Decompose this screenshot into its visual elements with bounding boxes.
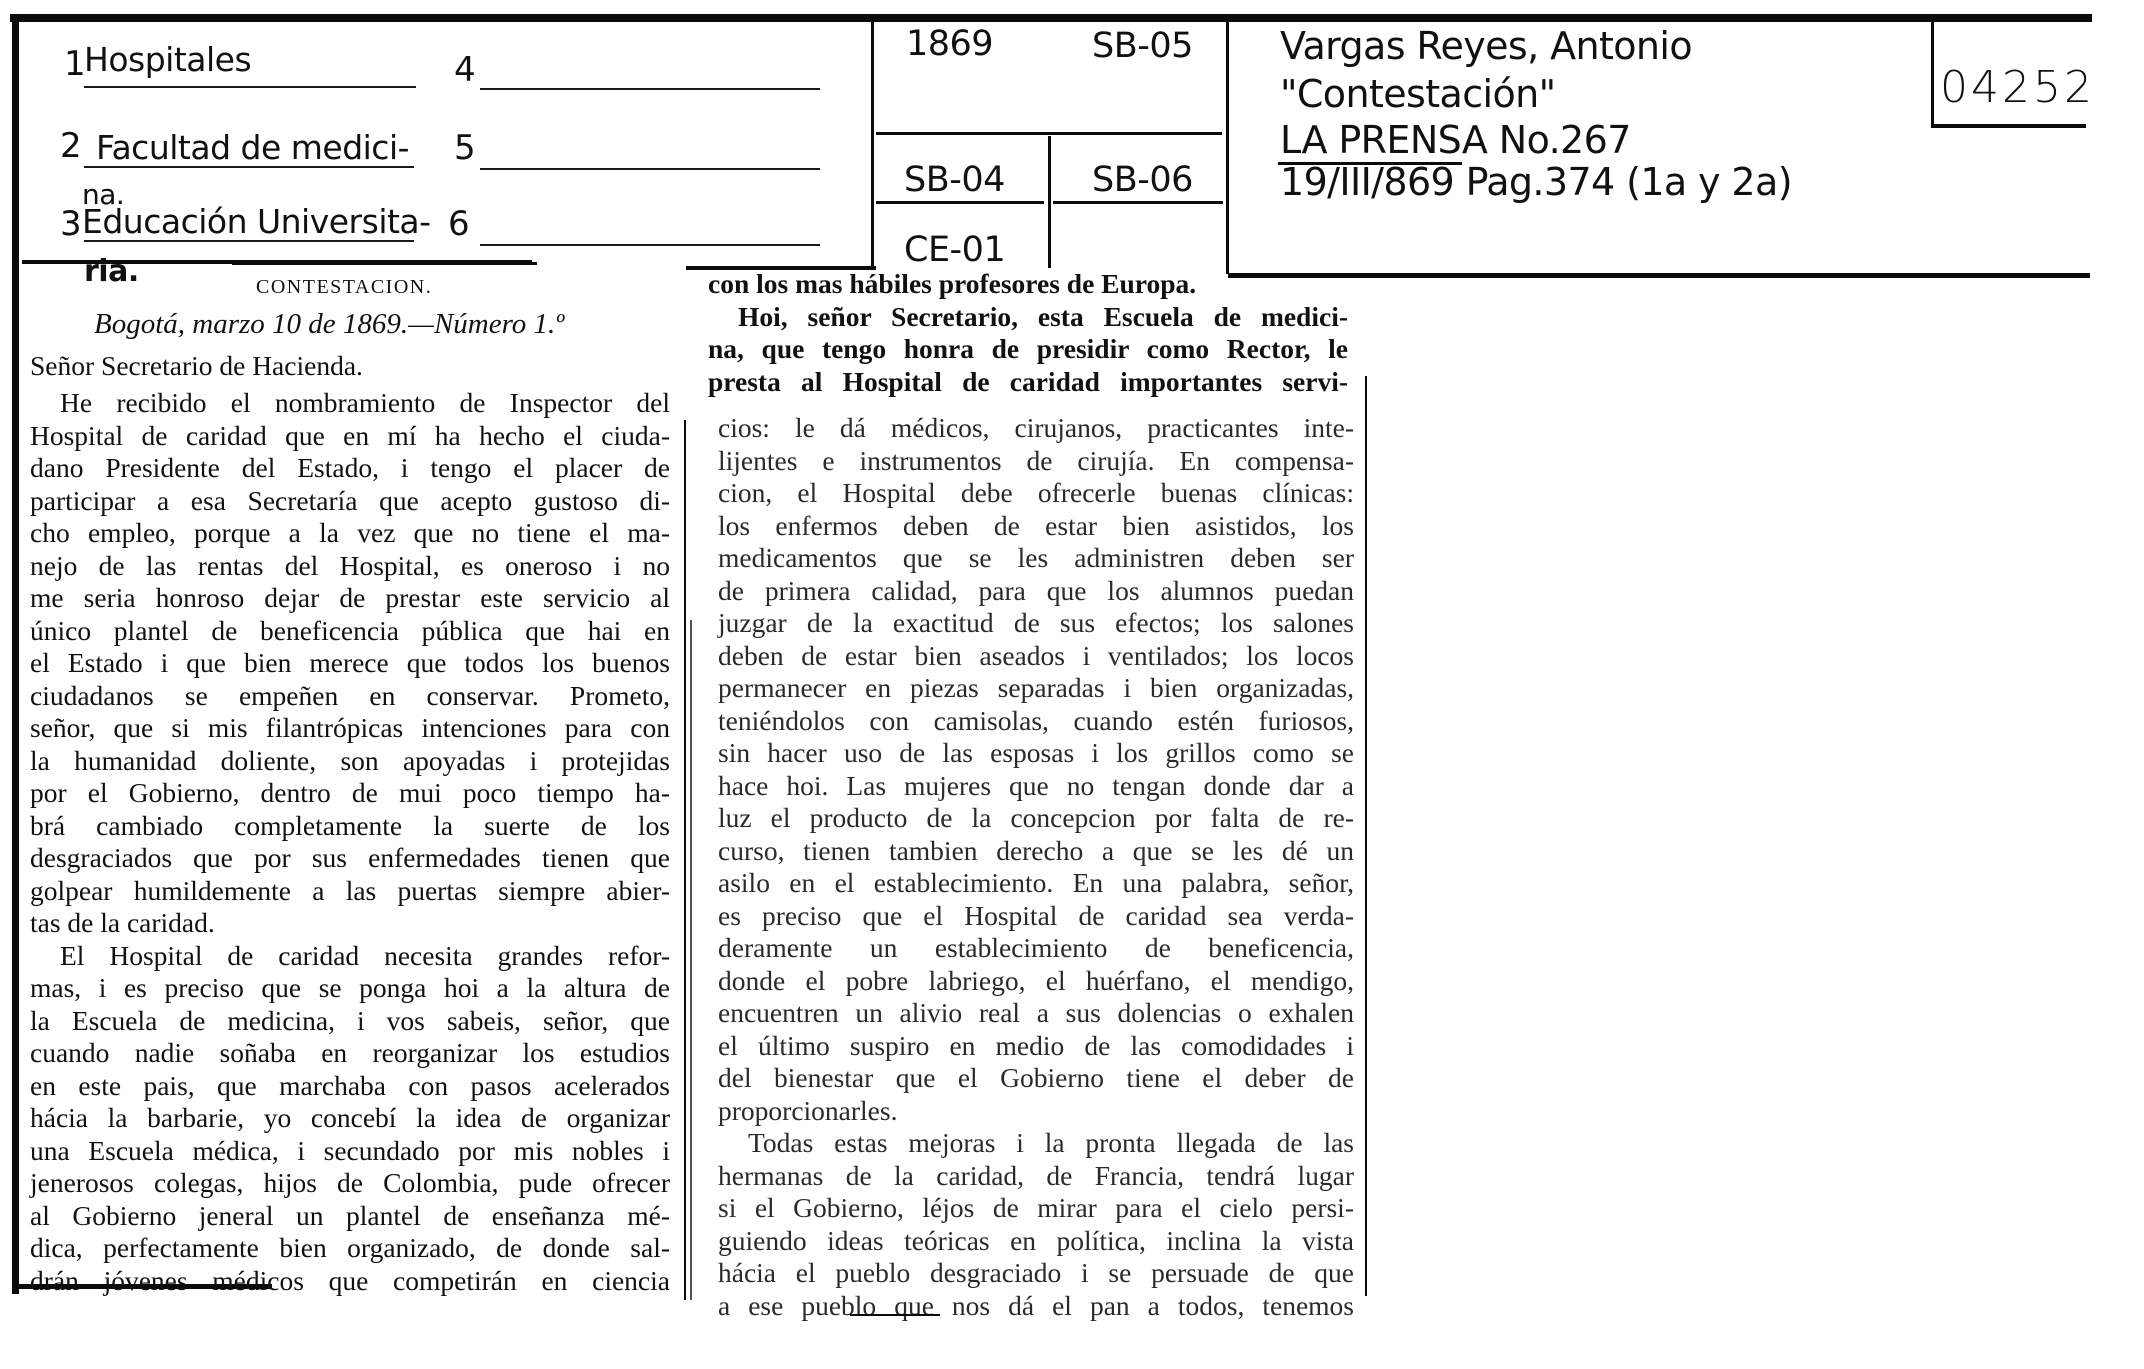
article-line: medicamentos que se les administren debe… <box>718 542 1354 575</box>
article-line: la Escuela de medicina, i vos sabeis, se… <box>30 1005 670 1038</box>
article-line: único plantel de beneficencia pública qu… <box>30 615 670 648</box>
article-line: cho empleo, porque a la vez que no tiene… <box>30 517 670 550</box>
article-line: nejo de las rentas del Hospital, es oner… <box>30 550 670 583</box>
codes-inner-divider <box>1048 136 1051 268</box>
article-line: al Gobierno jeneral un plantel de enseña… <box>30 1200 670 1233</box>
codes-mid-rule <box>876 132 1222 135</box>
article-line: juzgar de la exactitud de sus efectos; l… <box>718 607 1354 640</box>
subject-3-text: Educación Universita- <box>82 202 431 241</box>
article-line: cios: le dá médicos, cirujanos, practica… <box>718 412 1354 445</box>
article-line: Todas estas mejoras i la pronta llegada … <box>718 1127 1354 1160</box>
article-line: El Hospital de caridad necesita grandes … <box>30 940 670 973</box>
article-line: me seria honroso dejar de prestar este s… <box>30 582 670 615</box>
code-sb-04: SB-04 <box>904 160 1005 200</box>
article-line: sin hacer uso de las esposas i los grill… <box>718 737 1354 770</box>
article-right-column-top: con los mas hábiles profesores de Europa… <box>708 268 1348 398</box>
codes-low-rule-right <box>1053 201 1223 204</box>
article-line: na, que tengo honra de presidir como Rec… <box>708 333 1348 366</box>
subject-1-number: 1 <box>64 44 86 84</box>
article-line: tas de la caridad. <box>30 907 670 940</box>
citation-title: "Contestación" <box>1280 72 1555 116</box>
article-line: los enfermos deben de estar bien asistid… <box>718 510 1354 543</box>
codes-low-rule-left <box>876 201 1044 204</box>
subject-2-text: Facultad de medici- <box>96 128 409 167</box>
article-line: cuando nadie soñaba en reorganizar los e… <box>30 1037 670 1070</box>
article-line: del bienestar que el Gobierno tiene el d… <box>718 1062 1354 1095</box>
article-line: curso, tienen tambien derecho a que se l… <box>718 835 1354 868</box>
subject-6-line <box>480 244 820 246</box>
article-line: a ese pueblo que nos dá el pan a todos, … <box>718 1290 1354 1323</box>
article-line: ciudadanos se empeñen en conservar. Prom… <box>30 680 670 713</box>
accession-box-left <box>1931 18 1934 128</box>
code-sb-06: SB-06 <box>1092 160 1193 200</box>
article-line: señor, que si mis filantrópicas intencio… <box>30 712 670 745</box>
article-left-column: He recibido el nombramiento de Inspector… <box>30 387 670 1297</box>
article-line: lijentes e instrumentos de cirujía. En c… <box>718 445 1354 478</box>
code-ce-01: CE-01 <box>904 230 1005 270</box>
article-line: golpear humildemente a las puertas siemp… <box>30 875 670 908</box>
code-sb-05: SB-05 <box>1092 26 1193 66</box>
article-line: una Escuela médica, i secundado por mis … <box>30 1135 670 1168</box>
article-line: es preciso que el Hospital de caridad se… <box>718 900 1354 933</box>
codes-right-divider <box>1226 18 1229 274</box>
article-line: con los mas hábiles profesores de Europa… <box>708 268 1348 301</box>
subject-4-number: 4 <box>454 50 476 90</box>
citation-source: LA PRENSA No.267 <box>1280 118 1631 162</box>
codes-left-divider <box>871 18 874 268</box>
subjects-bottom-rule-2 <box>232 262 537 265</box>
subject-3-overflow: ria. <box>84 254 139 289</box>
subject-3-line <box>84 240 414 242</box>
subject-2-number: 2 <box>60 126 82 166</box>
subject-2-line <box>84 166 414 168</box>
citation-date-page: 19/III/869 Pag.374 (1a y 2a) <box>1280 160 1792 204</box>
article-line: de primera calidad, para que los alumnos… <box>718 575 1354 608</box>
code-year: 1869 <box>906 24 993 64</box>
article-line: encuentren un alivio real a sus dolencia… <box>718 997 1354 1030</box>
article-line: luz el producto de la concepcion por fal… <box>718 802 1354 835</box>
article-line: el último suspiro en medio de las comodi… <box>718 1030 1354 1063</box>
article-line: por el Gobierno, dentro de mui poco tiem… <box>30 777 670 810</box>
article-line: dano Presidente del Estado, i tengo el p… <box>30 452 670 485</box>
article-line: hácia el pueblo desgraciado i se persuad… <box>718 1257 1354 1290</box>
clipping-bottom-mark <box>850 1314 940 1316</box>
article-line: guiendo ideas teóricas en política, incl… <box>718 1225 1354 1258</box>
article-line: presta al Hospital de caridad importante… <box>708 366 1348 399</box>
article-line: si el Gobierno, léjos de mirar para el c… <box>718 1192 1354 1225</box>
subject-1-text: Hospitales <box>84 40 251 79</box>
article-line: participar a esa Secretaría que acepto g… <box>30 485 670 518</box>
article-dateline: Bogotá, marzo 10 de 1869.—Número 1.º <box>94 308 564 341</box>
subject-6-number: 6 <box>448 204 470 244</box>
card-left-border <box>12 14 19 1294</box>
right-column-right-separator <box>1365 376 1367 1296</box>
article-line: en este pais, que marchaba con pasos ace… <box>30 1070 670 1103</box>
article-heading: CONTESTACION. <box>256 276 432 299</box>
card-top-border <box>10 14 2092 22</box>
accession-box-bottom <box>1931 124 2086 128</box>
article-line: dica, perfectamente bien organizado, de … <box>30 1232 670 1265</box>
subject-5-line <box>480 168 820 170</box>
subject-1-line <box>84 86 416 88</box>
right-column-left-separator <box>684 420 686 1300</box>
article-line: el Estado i que bien merece que todos lo… <box>30 647 670 680</box>
article-line: permanecer en piezas separadas i bien or… <box>718 672 1354 705</box>
article-line: mas, i es preciso que se ponga hoi a la … <box>30 972 670 1005</box>
article-line: deben de estar bien aseados i ventilados… <box>718 640 1354 673</box>
article-line: la humanidad doliente, son apoyadas i pr… <box>30 745 670 778</box>
article-line: drán jóvenes médicos que competirán en c… <box>30 1265 670 1298</box>
article-line: asilo en el establecimiento. En una pala… <box>718 867 1354 900</box>
subject-5-number: 5 <box>454 128 476 168</box>
article-line: hace hoi. Las mujeres que no tengan dond… <box>718 770 1354 803</box>
article-line: cion, el Hospital debe ofrecerle buenas … <box>718 477 1354 510</box>
article-line: brá cambiado completamente la suerte de … <box>30 810 670 843</box>
article-line: Hospital de caridad que en mí ha hecho e… <box>30 420 670 453</box>
left-column-right-edge <box>690 620 692 1300</box>
article-right-column: cios: le dá médicos, cirujanos, practica… <box>718 412 1354 1322</box>
subject-3-number: 3 <box>60 204 82 244</box>
article-line: donde el pobre labriego, el huérfano, el… <box>718 965 1354 998</box>
article-line: teniéndolos con camisolas, cuando estén … <box>718 705 1354 738</box>
citation-bottom-rule <box>1228 273 2090 278</box>
article-line: hermanas de la caridad, de Francia, tend… <box>718 1160 1354 1193</box>
accession-number: 04252 <box>1940 62 2095 113</box>
article-line: proporcionarles. <box>718 1095 1354 1128</box>
article-line: hácia la barbarie, yo concebí la idea de… <box>30 1102 670 1135</box>
subject-4-line <box>480 88 820 90</box>
article-line: jenerosos colegas, hijos de Colombia, pu… <box>30 1167 670 1200</box>
article-line: deramente un establecimiento de benefice… <box>718 932 1354 965</box>
article-line: He recibido el nombramiento de Inspector… <box>30 387 670 420</box>
article-salutation: Señor Secretario de Hacienda. <box>30 350 363 382</box>
citation-author: Vargas Reyes, Antonio <box>1280 24 1692 68</box>
article-line: Hoi, señor Secretario, esta Escuela de m… <box>708 301 1348 334</box>
article-line: desgraciados que por sus enfermedades ti… <box>30 842 670 875</box>
